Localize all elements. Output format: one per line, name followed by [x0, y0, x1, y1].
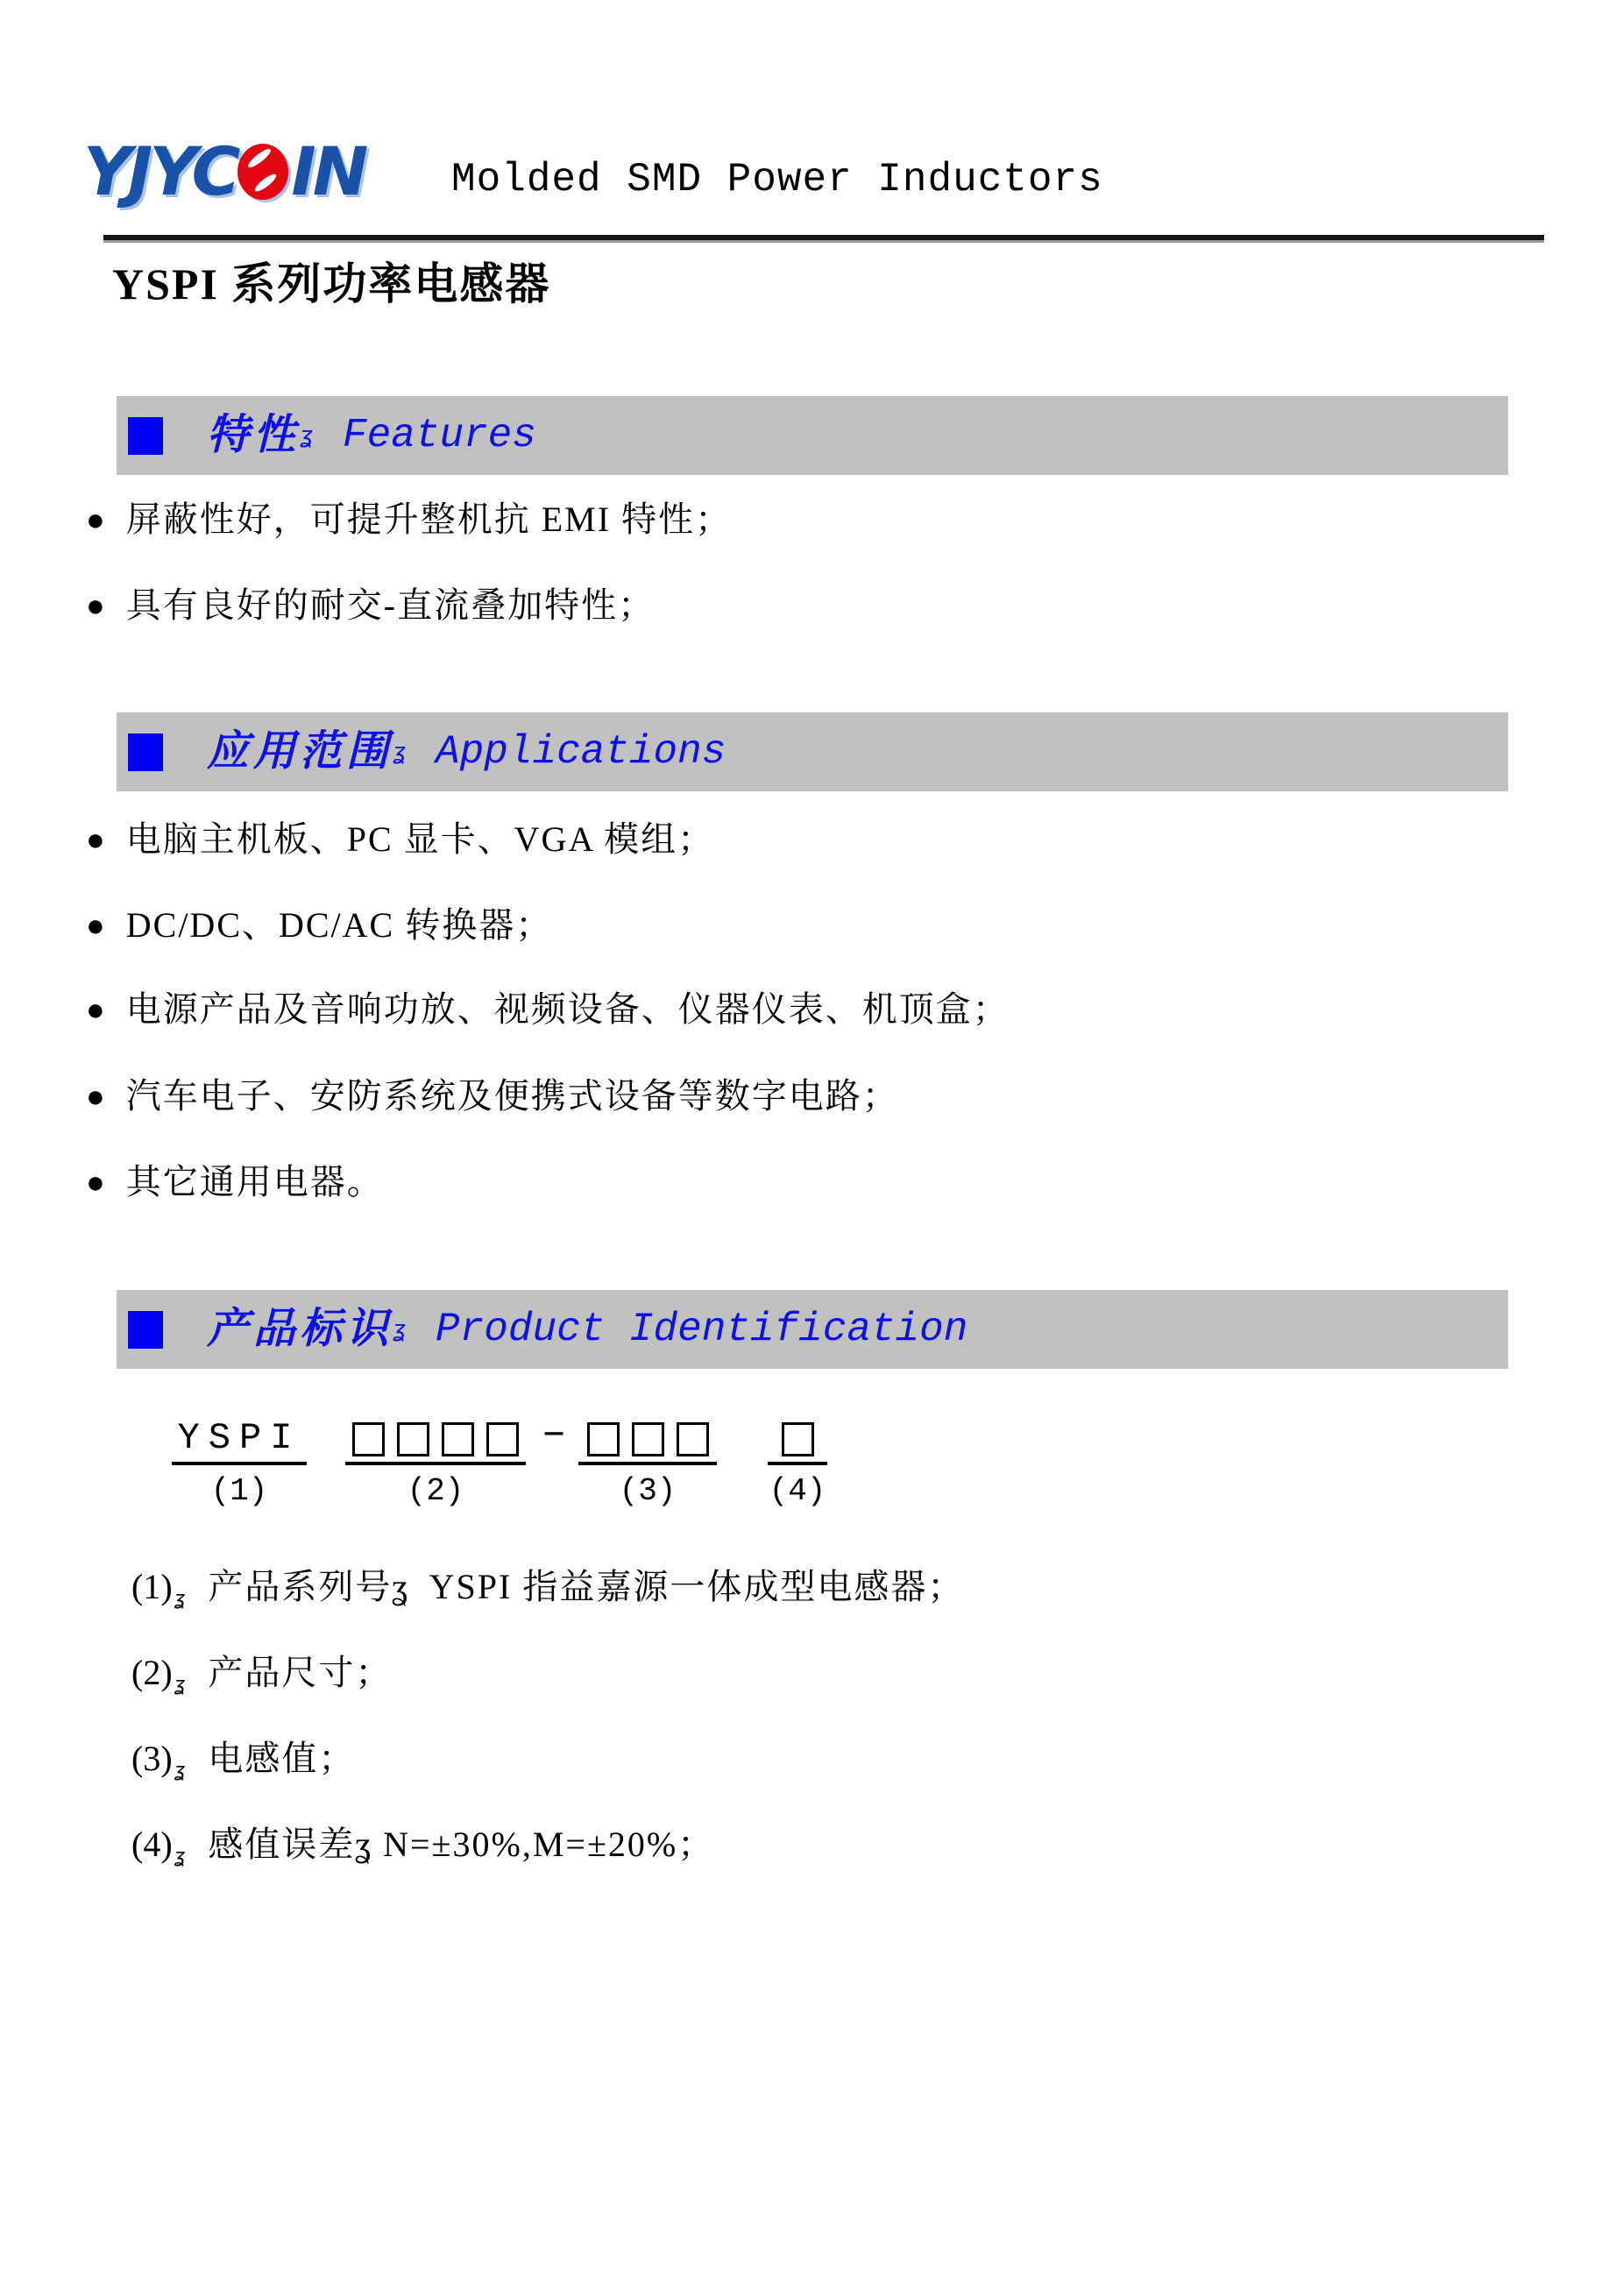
coin-icon [237, 144, 288, 200]
application-item: ● DC/DC、DC/AC 转换器； [86, 904, 552, 947]
note-number: (1) [131, 1566, 173, 1608]
blue-square-icon [128, 417, 163, 455]
document-title: Molded SMD Power Inductors [451, 156, 1103, 204]
application-text: 电脑主机板、PC 显卡、VGA 模组； [126, 818, 714, 861]
code-box [486, 1422, 519, 1456]
code-box [632, 1422, 664, 1456]
header-divider [103, 235, 1544, 243]
section-header-features: 特性 ʓ Features [117, 396, 1508, 475]
series-title: YSPI 系列功率电感器 [112, 258, 550, 310]
note-text: 感值误差ʓ N=±30%,M=±20%； [208, 1824, 714, 1866]
separator-mark: ʓ [393, 1318, 406, 1341]
feature-item: ● 具有良好的耐交-直流叠加特性； [86, 584, 655, 627]
section-title-en: Product Identification [436, 1309, 967, 1350]
separator-mark: ʓ [174, 1590, 186, 1609]
application-item: ● 电脑主机板、PC 显卡、VGA 模组； [86, 818, 714, 861]
note-text: 产品系列号ʓ YSPI 指益嘉源一体成型电感器； [208, 1566, 964, 1608]
blue-square-icon [128, 733, 163, 771]
code-box [442, 1422, 474, 1456]
bullet-icon: ● [86, 590, 105, 621]
feature-text: 具有良好的耐交-直流叠加特性； [126, 585, 655, 627]
section-header-product-identification: 产品标识 ʓ Product Identification [117, 1290, 1508, 1369]
application-text: 其它通用电器。 [126, 1161, 384, 1203]
code-slot: YSPI [172, 1409, 307, 1465]
application-item: ● 其它通用电器。 [86, 1160, 384, 1204]
code-box [352, 1422, 385, 1456]
application-item: ● 汽车电子、安防系统及便携式设备等数字电路； [86, 1074, 899, 1118]
bullet-icon: ● [86, 824, 105, 855]
datasheet-page: YJYC IN Molded SMD Power Inductors YSPI … [0, 0, 1623, 2296]
note-text: 产品尺寸； [208, 1652, 392, 1694]
feature-text: 屏蔽性好，可提升整机抗 EMI 特性； [126, 499, 732, 541]
separator-mark: ʓ [300, 424, 313, 447]
bullet-icon: ● [86, 910, 105, 941]
code-slot [345, 1409, 526, 1465]
code-part-series: YSPI (1) [172, 1409, 307, 1507]
logo-text-right: IN [291, 138, 365, 205]
code-box [587, 1422, 620, 1456]
application-text: DC/DC、DC/AC 转换器； [126, 904, 553, 946]
code-part-tolerance: (4) [768, 1409, 827, 1507]
section-title-en: Features [343, 415, 536, 456]
blue-square-icon [128, 1311, 163, 1349]
code-box [677, 1422, 709, 1456]
separator-mark: ʓ [174, 1676, 186, 1695]
section-title-zh: 特性 [207, 415, 300, 457]
section-header-applications: 应用范围 ʓ Applications [117, 712, 1508, 791]
note-number: (2) [131, 1652, 173, 1694]
bullet-icon: ● [86, 1081, 105, 1112]
code-part-index: (3) [578, 1476, 717, 1507]
code-box [782, 1422, 814, 1456]
application-item: ● 电源产品及音响功放、视频设备、仪器仪表、机顶盒； [86, 988, 1010, 1031]
logo-text-left: YJYC [83, 138, 237, 205]
section-title-zh: 产品标识 [207, 1308, 393, 1350]
code-part-index: (2) [345, 1476, 526, 1507]
code-series-label: YSPI [178, 1420, 301, 1456]
code-part-index: (4) [768, 1476, 827, 1507]
application-text: 汽车电子、安防系统及便携式设备等数字电路； [126, 1075, 899, 1117]
code-part-inductance: (3) [578, 1409, 717, 1507]
code-dash: – [531, 1413, 577, 1455]
code-part-size: (2) [345, 1409, 526, 1507]
company-logo: YJYC IN [83, 124, 408, 219]
code-box [397, 1422, 429, 1456]
separator-mark: ʓ [393, 741, 406, 763]
section-title-en: Applications [436, 732, 726, 772]
separator-mark: ʓ [174, 1847, 186, 1867]
identification-note: (3) ʓ 电感值； [131, 1737, 355, 1781]
note-number: (3) [131, 1738, 173, 1780]
identification-note: (2) ʓ 产品尺寸； [131, 1651, 392, 1695]
note-text: 电感值； [208, 1738, 355, 1780]
bullet-icon: ● [86, 504, 105, 535]
bullet-icon: ● [86, 994, 105, 1025]
application-text: 电源产品及音响功放、视频设备、仪器仪表、机顶盒； [126, 989, 1010, 1031]
separator-mark: ʓ [174, 1761, 186, 1781]
code-part-index: (1) [172, 1476, 307, 1507]
identification-note: (1) ʓ 产品系列号ʓ YSPI 指益嘉源一体成型电感器； [131, 1565, 964, 1609]
identification-note: (4) ʓ 感值误差ʓ N=±30%,M=±20%； [131, 1823, 714, 1867]
note-number: (4) [131, 1824, 173, 1866]
feature-item: ● 屏蔽性好，可提升整机抗 EMI 特性； [86, 498, 732, 542]
section-title-zh: 应用范围 [207, 731, 393, 773]
code-slot [768, 1409, 827, 1465]
bullet-icon: ● [86, 1166, 105, 1198]
code-slot [578, 1409, 717, 1465]
